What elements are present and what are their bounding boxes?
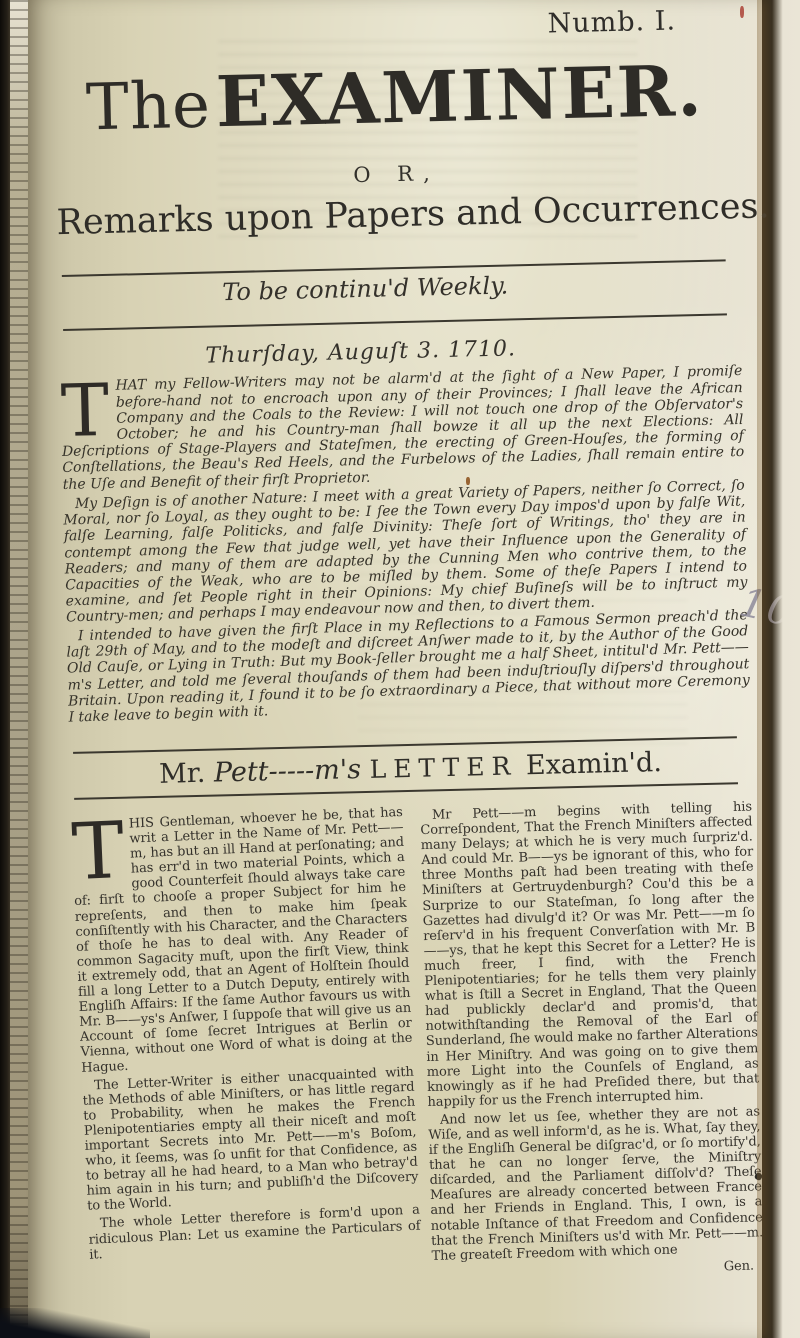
masthead-or: O R, xyxy=(55,154,737,194)
left-column: THIS Gentleman, whoever he be, that has … xyxy=(71,804,423,1292)
section-heading-prefix: Mr. xyxy=(159,757,214,789)
masthead-examiner: EXAMINER. xyxy=(215,49,704,143)
masthead-title: The EXAMINER. xyxy=(53,57,736,140)
body-paragraph: Mr Pett——m begins with telling his Corre… xyxy=(420,799,760,1109)
body-paragraph: THIS Gentleman, whoever he be, that has … xyxy=(71,804,414,1075)
horizontal-rule xyxy=(63,314,727,332)
paragraph-text: Mr Pett——m begins with telling his Corre… xyxy=(420,799,759,1109)
paragraph-text: I intended to have given the firſt Place… xyxy=(66,608,750,726)
issue-number: Numb. I. xyxy=(52,4,735,51)
paragraph-text: My Deſign is of another Nature: I meet w… xyxy=(63,477,747,625)
scanned-page-photo: Numb. I. The EXAMINER. O R, Remarks upon… xyxy=(0,0,800,1338)
body-paragraph: And now let us ſee, whether they are not… xyxy=(428,1104,764,1264)
previous-page-edge xyxy=(10,0,28,1338)
masthead-subtitle: Remarks upon Papers and Occurrences. xyxy=(56,188,739,243)
paragraph-text: The Letter-Writer is either unacquainted… xyxy=(82,1064,418,1214)
right-column: Mr Pett——m begins with telling his Corre… xyxy=(420,799,764,1281)
page-edge xyxy=(757,0,800,1338)
intro-paragraph: My Deſign is of another Nature: I meet w… xyxy=(63,477,748,626)
section-heading-block: Mr. Pett-----m's Letter Examin'd. xyxy=(69,735,752,799)
section-heading-name: Pett-----m's xyxy=(214,754,362,788)
masthead-the: The xyxy=(85,68,211,145)
body-paragraph: The Letter-Writer is either unacquainted… xyxy=(82,1064,420,1214)
section-heading-suffix: Examin'd. xyxy=(517,747,662,781)
intro-paragraph: THAT my Fellow-Writers may not be alarm'… xyxy=(60,363,744,492)
newspaper-page: Numb. I. The EXAMINER. O R, Remarks upon… xyxy=(28,0,762,1338)
introduction-section: THAT my Fellow-Writers may not be alarm'… xyxy=(60,363,750,723)
section-heading-letter-word: Letter xyxy=(369,751,517,783)
page-content: Numb. I. The EXAMINER. O R, Remarks upon… xyxy=(52,0,764,1289)
dropcap-letter: T xyxy=(60,378,116,440)
paragraph-text: HAT my Fellow-Writers may not be alarm'd… xyxy=(62,363,745,492)
book-binding-edge xyxy=(0,0,10,1338)
intro-paragraph: I intended to have given the firſt Place… xyxy=(66,608,751,727)
two-column-body: THIS Gentleman, whoever he be, that has … xyxy=(71,799,764,1289)
dropcap-letter: T xyxy=(71,816,132,884)
paragraph-text: And now let us ſee, whether they are not… xyxy=(428,1104,763,1263)
paper-stain xyxy=(466,477,470,485)
red-ink-speck xyxy=(740,6,744,18)
binding-shadow xyxy=(0,1308,150,1338)
